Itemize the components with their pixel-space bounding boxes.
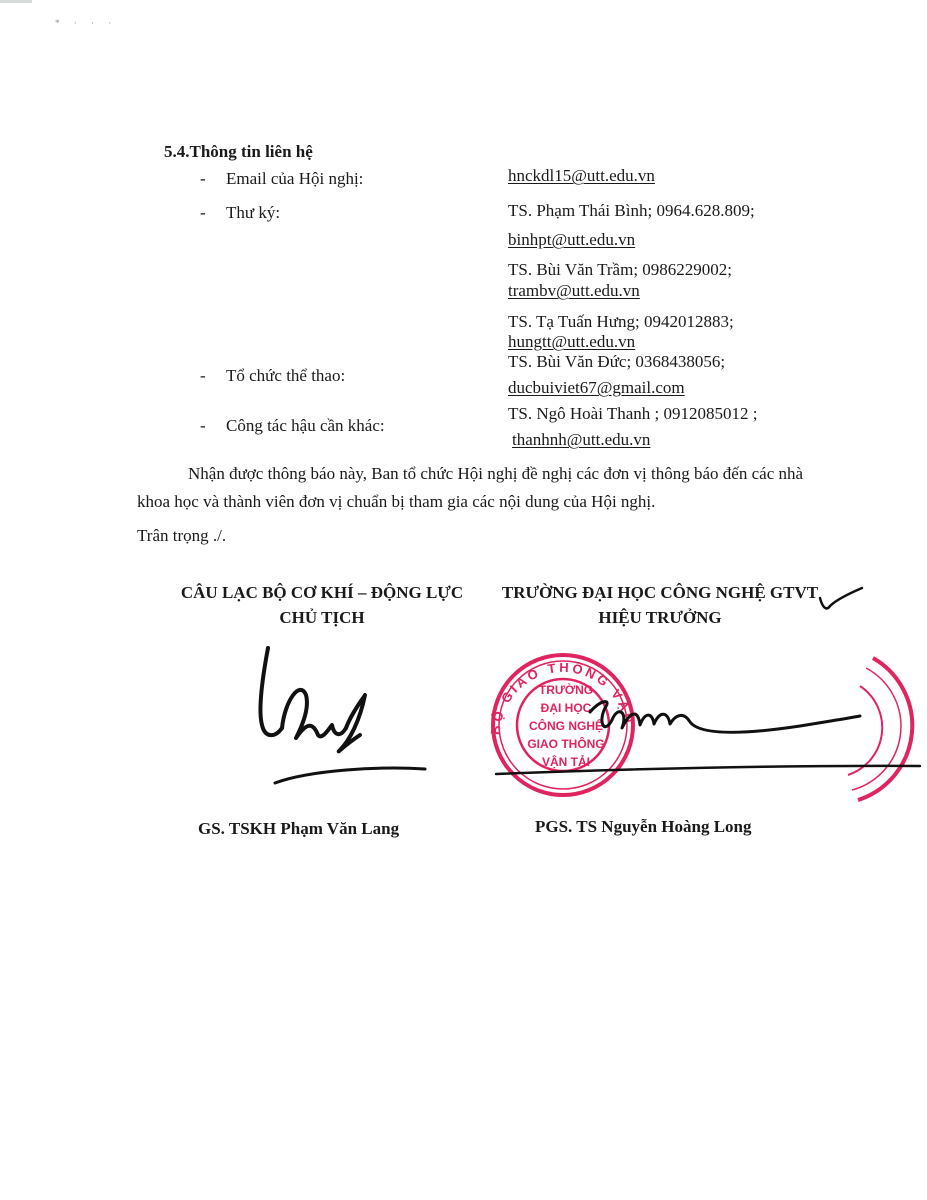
left-handwritten-signature bbox=[260, 648, 425, 783]
partial-red-stamp bbox=[848, 658, 912, 800]
stamp-center-line-5: VẬN TẢI bbox=[542, 754, 590, 769]
official-red-stamp: BỘ GIAO THÔNG VẬN TẢI TRƯỜNG ĐẠI HỌC CÔN… bbox=[0, 0, 638, 795]
stamp-ring-text: BỘ GIAO THÔNG VẬN TẢI bbox=[0, 0, 638, 735]
stamp-center-line-3: CÔNG NGHỆ bbox=[529, 718, 603, 733]
stamp-center-line-4: GIAO THÔNG bbox=[527, 736, 604, 751]
stamp-center-line-2: ĐẠI HỌC bbox=[541, 701, 592, 715]
signature-stamp-graphics: BỘ GIAO THÔNG VẬN TẢI TRƯỜNG ĐẠI HỌC CÔN… bbox=[0, 0, 927, 1200]
document-page: * · · · 5.4.Thông tin liên hệ -Email của… bbox=[0, 0, 927, 1200]
svg-text:BỘ GIAO THÔNG VẬN TẢI: BỘ GIAO THÔNG VẬN TẢI bbox=[0, 0, 638, 735]
stamp-center-line-1: TRƯỜNG bbox=[539, 682, 593, 697]
